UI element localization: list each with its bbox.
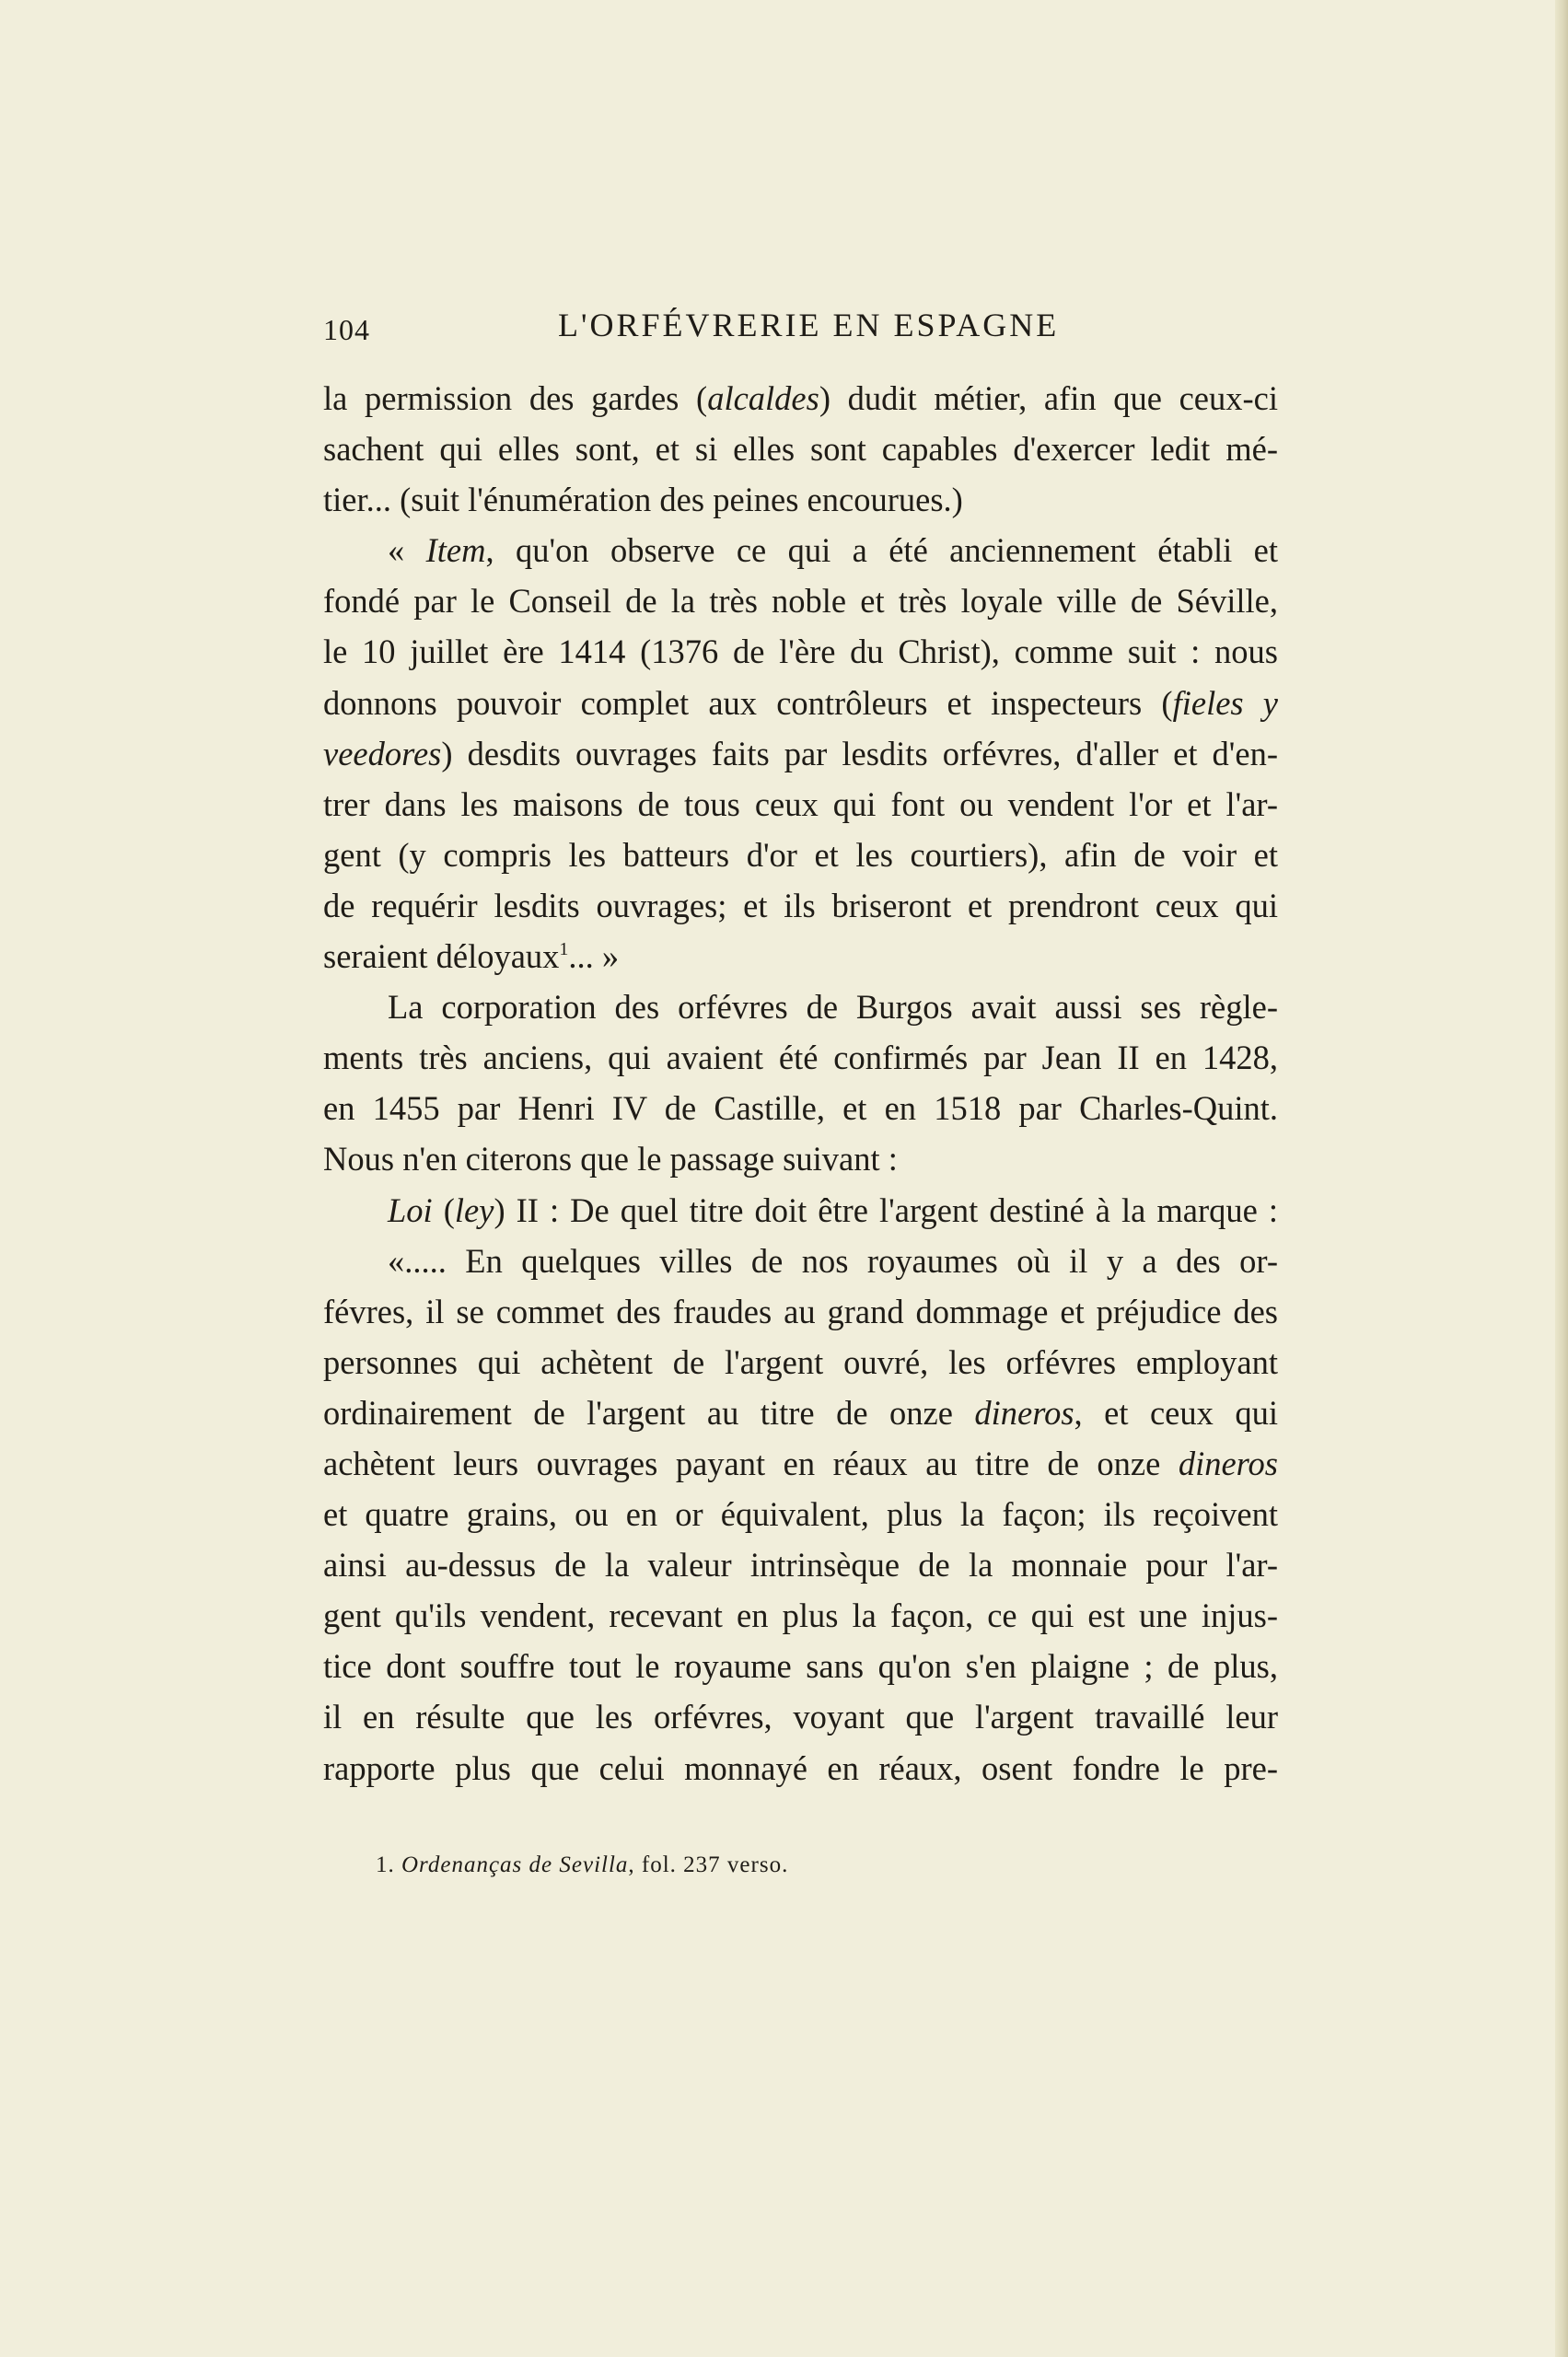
text-line: gent (y compris les batteurs d'or et les… [323, 830, 1278, 880]
text-run: ... » [568, 937, 619, 975]
running-head: 104 L'ORFÉVRERIE EN ESPAGNE [323, 306, 1281, 352]
text-run: ) dudit métier, afin que ceux-ci [819, 379, 1278, 417]
text-line: Nous n'en citerons que le passage suivan… [323, 1133, 1278, 1184]
text-line: il en résulte que les orfévres, voyant q… [323, 1691, 1278, 1742]
text-run: « [388, 531, 426, 569]
text-run: ) desdits ouvrages faits par lesdits orf… [441, 735, 1278, 772]
text-run: seraient déloyaux [323, 937, 559, 975]
italic-term: ley [455, 1191, 494, 1229]
text-run: tier... (suit l'énumération des peines e… [323, 481, 963, 518]
text-line: Loi (ley) II : De quel titre doit être l… [323, 1185, 1278, 1236]
text-run: le 10 juillet ère 1414 (1376 de l'ère du… [323, 633, 1278, 670]
text-run: trer dans les maisons de tous ceux qui f… [323, 785, 1278, 823]
text-line: donnons pouvoir complet aux contrôleurs … [323, 678, 1278, 728]
text-line: ments très anciens, qui avaient été conf… [323, 1032, 1278, 1083]
italic-term: fieles y [1173, 684, 1278, 722]
text-run: en 1455 par Henri IV de Castille, et en … [323, 1089, 1278, 1127]
text-line: « Item, qu'on observe ce qui a été ancie… [323, 525, 1278, 575]
text-run: ainsi au-dessus de la valeur intrinsèque… [323, 1546, 1278, 1584]
text-line: ainsi au-dessus de la valeur intrinsèque… [323, 1539, 1278, 1590]
text-run: fondé par le Conseil de la très noble et… [323, 582, 1278, 620]
italic-term: dineros [1179, 1445, 1278, 1482]
text-run: , et ceux qui [1074, 1394, 1278, 1432]
text-line: gent qu'ils vendent, recevant en plus la… [323, 1590, 1278, 1641]
text-run: achètent leurs ouvrages payant en réaux … [323, 1445, 1179, 1482]
text-run: sachent qui elles sont, et si elles sont… [323, 430, 1278, 468]
text-run: de requérir lesdits ouvrages; et ils bri… [323, 887, 1278, 924]
text-line: et quatre grains, ou en or équivalent, p… [323, 1489, 1278, 1539]
text-run: ments très anciens, qui avaient été conf… [323, 1039, 1278, 1076]
text-run: donnons pouvoir complet aux contrôleurs … [323, 684, 1173, 722]
running-title: L'ORFÉVRERIE EN ESPAGNE [558, 306, 1059, 344]
text-line: veedores) desdits ouvrages faits par les… [323, 728, 1278, 779]
text-run: gent (y compris les batteurs d'or et les… [323, 836, 1278, 874]
footnote-reference: , fol. 237 verso. [628, 1852, 788, 1877]
text-line: sachent qui elles sont, et si elles sont… [323, 424, 1278, 474]
text-run: rapporte plus que celui monnayé en réaux… [323, 1749, 1278, 1787]
text-run: , qu'on observe ce qui a été anciennemen… [486, 531, 1279, 569]
italic-term: alcaldes [707, 379, 819, 417]
text-line: le 10 juillet ère 1414 (1376 de l'ère du… [323, 626, 1278, 677]
text-line: en 1455 par Henri IV de Castille, et en … [323, 1083, 1278, 1133]
text-run: la permission des gardes ( [323, 379, 707, 417]
text-line: «..... En quelques villes de nos royaume… [323, 1236, 1278, 1286]
text-line: fondé par le Conseil de la très noble et… [323, 575, 1278, 626]
text-run: La corporation des orfévres de Burgos av… [388, 988, 1278, 1026]
text-line: ordinairement de l'argent au titre de on… [323, 1387, 1278, 1438]
text-line: la permission des gardes (alcaldes) dudi… [323, 373, 1278, 424]
italic-term: dineros [974, 1394, 1074, 1432]
text-line: rapporte plus que celui monnayé en réaux… [323, 1743, 1278, 1794]
text-run: «..... En quelques villes de nos royaume… [388, 1242, 1278, 1280]
italic-term: veedores [323, 735, 441, 772]
text-line: personnes qui achètent de l'argent ouvré… [323, 1337, 1278, 1387]
page-edge-shadow [1555, 0, 1568, 2357]
footnote-source-title: Ordenanças de Sevilla [401, 1852, 628, 1877]
footnote-number: 1. [376, 1852, 395, 1877]
page-number: 104 [323, 313, 370, 347]
text-line: La corporation des orfévres de Burgos av… [323, 981, 1278, 1032]
text-line: trer dans les maisons de tous ceux qui f… [323, 779, 1278, 830]
italic-term: Item [426, 531, 486, 569]
text-run: il en résulte que les orfévres, voyant q… [323, 1698, 1278, 1736]
italic-term: Loi [388, 1191, 433, 1229]
body-text: la permission des gardes (alcaldes) dudi… [323, 373, 1278, 1794]
text-line: févres, il se commet des fraudes au gran… [323, 1286, 1278, 1337]
text-line: tier... (suit l'énumération des peines e… [323, 474, 1278, 525]
text-run: personnes qui achètent de l'argent ouvré… [323, 1343, 1278, 1381]
text-run: et quatre grains, ou en or équivalent, p… [323, 1495, 1278, 1533]
text-run: févres, il se commet des fraudes au gran… [323, 1293, 1278, 1330]
text-run: gent qu'ils vendent, recevant en plus la… [323, 1596, 1278, 1634]
text-run: ordinairement de l'argent au titre de on… [323, 1394, 974, 1432]
text-line: de requérir lesdits ouvrages; et ils bri… [323, 880, 1278, 931]
text-run: Nous n'en citerons que le passage suivan… [323, 1140, 898, 1178]
text-line: seraient déloyaux1... » [323, 931, 1278, 981]
footnote: 1. Ordenanças de Sevilla, fol. 237 verso… [376, 1852, 788, 1878]
text-run: ) II : De quel titre doit être l'argent … [494, 1191, 1278, 1229]
text-run: ( [433, 1191, 455, 1229]
text-run: tice dont souffre tout le royaume sans q… [323, 1647, 1278, 1685]
text-line: achètent leurs ouvrages payant en réaux … [323, 1438, 1278, 1489]
text-line: tice dont souffre tout le royaume sans q… [323, 1641, 1278, 1691]
footnote-marker: 1 [559, 939, 568, 959]
